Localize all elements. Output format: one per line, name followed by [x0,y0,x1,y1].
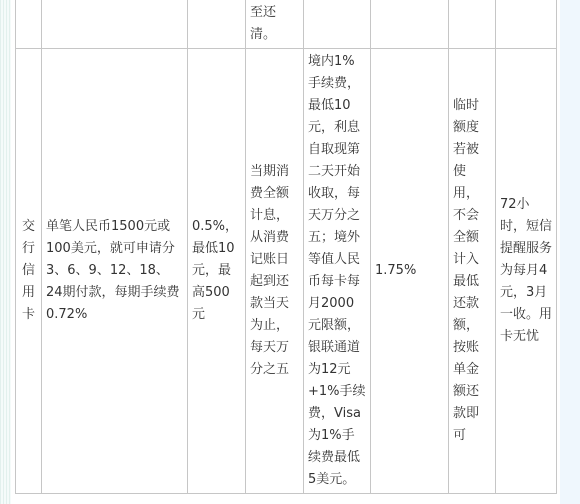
prev-cell-cash-advance [304,0,371,49]
cell-interest-info: 当期消费全额计息，从消费记账日起到还款当天为止，每天万分之五 [246,49,304,494]
prev-cell-fee [188,0,246,49]
cell-cash-advance-info: 境内1%手续费，最低10元，利息自取现第二天开始收取，每天万分之五；境外等值人民… [304,49,371,494]
page: 至还清。 交行信用卡 单笔人民币1500元或100美元，就可申请分3、6、9、1… [0,0,580,504]
prev-cell-conversion-rate [371,0,449,49]
prev-cell-temp-limit [449,0,496,49]
right-decor-strip [560,0,580,504]
left-decor-strip [0,0,11,504]
cell-conversion-rate: 1.75% [371,49,449,494]
prev-cell-service [496,0,557,49]
credit-card-comparison-table: 至还清。 交行信用卡 单笔人民币1500元或100美元，就可申请分3、6、9、1… [15,0,557,494]
cell-installment-info: 单笔人民币1500元或100美元，就可申请分3、6、9、12、18、24期付款，… [42,49,188,494]
cell-temp-limit-info: 临时额度若被使用，不会全额计入最低还款额，按账单金额还款即可 [449,49,496,494]
prev-cell-bank [16,0,42,49]
cell-bank-name: 交行信用卡 [16,49,42,494]
prev-cell-interest-tail: 至还清。 [246,0,304,49]
prev-cell-installment [42,0,188,49]
table-row-previous-fragment: 至还清。 [16,0,557,49]
cell-fee-info: 0.5%，最低10元，最高500元 [188,49,246,494]
table-row-bocom-card: 交行信用卡 单笔人民币1500元或100美元，就可申请分3、6、9、12、18、… [16,49,557,494]
cell-service-info: 72小时，短信提醒服务为每月4元，3月一收。用卡无忧 [496,49,557,494]
